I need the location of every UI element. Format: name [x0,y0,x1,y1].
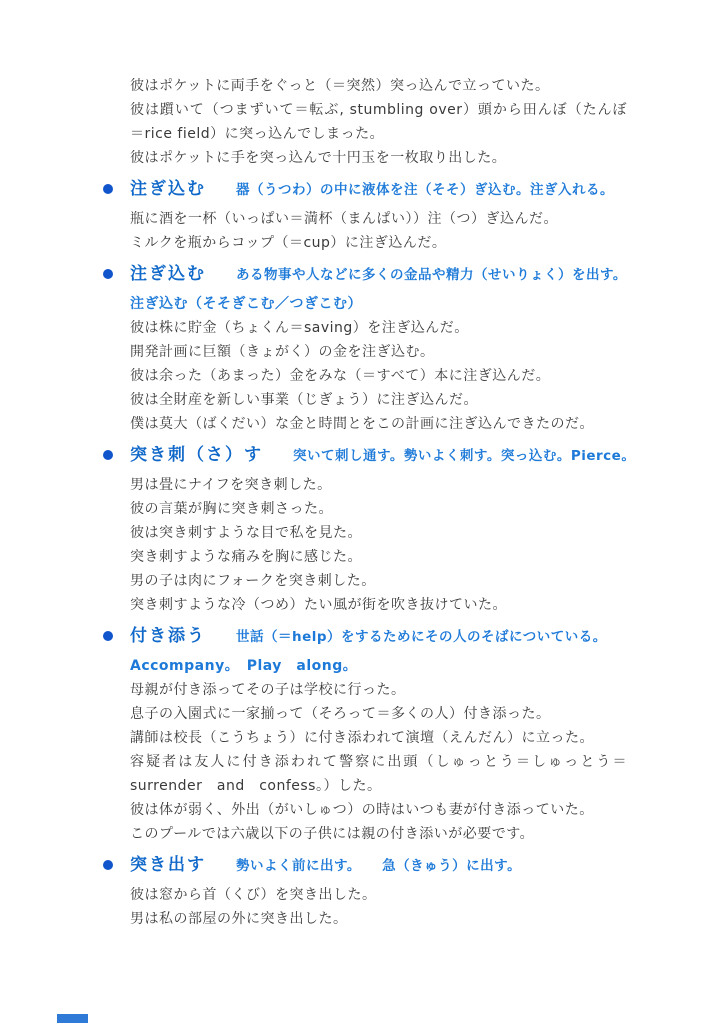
vocab-section: 注ぎ込むある物事や人などに多くの金品や精力（せいりょく）を出す。注ぎ込む（そそぎ… [130,259,627,436]
vocab-section: 突き出す勢いよく前に出す。 急（きゅう）に出す。彼は窓から首（くび）を突き出した… [130,850,627,931]
example-line: ミルクを瓶からコップ（＝cup）に注ぎ込んだ。 [130,231,627,255]
example-line: 息子の入園式に一家揃って（そろって＝多くの人）付き添った。 [130,702,627,726]
bullet-icon [103,450,113,460]
section-definition: 勢いよく前に出す。 急（きゅう）に出す。 [236,858,521,874]
section-note: Accompany。 Play along。 [130,654,627,678]
example-line: 彼は全財産を新しい事業（じぎょう）に注ぎ込んだ。 [130,388,627,412]
section-term: 注ぎ込む [130,264,206,284]
example-line: 男は畳にナイフを突き刺した。 [130,473,627,497]
example-line: 瓶に酒を一杯（いっぱい＝満杯（まんぱい））注（つ）ぎ込んだ。 [130,207,627,231]
example-line: 彼はポケットに両手をぐっと（＝突然）突っ込んで立っていた。 [130,74,627,98]
section-term: 突き刺（さ）す [130,445,263,465]
vocabulary-sections: 注ぎ込む器（うつわ）の中に液体を注（そそ）ぎ込む。注ぎ入れる。瓶に酒を一杯（いっ… [130,174,627,931]
example-line: 開発計画に巨額（きょがく）の金を注ぎ込む。 [130,340,627,364]
section-term: 付き添う [130,626,206,646]
example-line: 彼の言葉が胸に突き刺さった。 [130,497,627,521]
vocab-section: 注ぎ込む器（うつわ）の中に液体を注（そそ）ぎ込む。注ぎ入れる。瓶に酒を一杯（いっ… [130,174,627,255]
example-line: 突き刺すような痛みを胸に感じた。 [130,545,627,569]
example-line: 彼は窓から首（くび）を突き出した。 [130,883,627,907]
example-line: 彼は躓いて（つまずいて＝転ぶ, stumbling over）頭から田んぼ（たん… [130,98,627,146]
section-definition: ある物事や人などに多くの金品や精力（せいりょく）を出す。 [236,267,627,283]
example-line: 彼は余った（あまった）金をみな（＝すべて）本に注ぎ込んだ。 [130,364,627,388]
example-line: 母親が付き添ってその子は学校に行った。 [130,678,627,702]
bullet-icon [103,860,113,870]
example-line: 彼は突き刺すような目で私を見た。 [130,521,627,545]
bullet-icon [103,631,113,641]
bullet-icon [103,184,113,194]
example-line: 彼は体が弱く、外出（がいしゅつ）の時はいつも妻が付き添っていた。 [130,798,627,822]
example-line: 僕は莫大（ばくだい）な金と時間とをこの計画に注ぎ込んできたのだ。 [130,412,627,436]
example-line: このプールでは六歳以下の子供には親の付き添いが必要です。 [130,822,627,846]
section-heading: 付き添う世話（＝help）をするためにその人のそばについている。 [130,621,627,652]
section-heading: 突き刺（さ）す突いて刺し通す。勢いよく刺す。突っ込む。Pierce。 [130,440,627,471]
section-term: 注ぎ込む [130,179,206,199]
section-definition: 突いて刺し通す。勢いよく刺す。突っ込む。Pierce。 [293,448,635,464]
example-line: 講師は校長（こうちょう）に付き添われて演壇（えんだん）に立った。 [130,726,627,750]
section-note: 注ぎ込む（そそぎこむ／つぎこむ） [130,292,627,316]
example-line: 容疑者は友人に付き添われて警察に出頭（しゅっとう＝しゅっとう＝surrender… [130,750,627,798]
page-edge-blue-marker [57,1014,88,1023]
intro-paragraph: 彼はポケットに両手をぐっと（＝突然）突っ込んで立っていた。彼は躓いて（つまずいて… [130,74,627,170]
example-line: 男の子は肉にフォークを突き刺した。 [130,569,627,593]
document-page: { "page": { "background": "#ffffff" }, "… [0,0,724,1023]
section-term: 突き出す [130,855,206,875]
vocab-section: 付き添う世話（＝help）をするためにその人のそばについている。Accompan… [130,621,627,846]
section-heading: 突き出す勢いよく前に出す。 急（きゅう）に出す。 [130,850,627,881]
section-definition: 器（うつわ）の中に液体を注（そそ）ぎ込む。注ぎ入れる。 [236,182,614,198]
bullet-icon [103,269,113,279]
document-content: 彼はポケットに両手をぐっと（＝突然）突っ込んで立っていた。彼は躓いて（つまずいて… [130,74,627,931]
vocab-section: 突き刺（さ）す突いて刺し通す。勢いよく刺す。突っ込む。Pierce。男は畳にナイ… [130,440,627,617]
example-line: 彼はポケットに手を突っ込んで十円玉を一枚取り出した。 [130,146,627,170]
example-line: 突き刺すような冷（つめ）たい風が街を吹き抜けていた。 [130,593,627,617]
example-line: 男は私の部屋の外に突き出した。 [130,907,627,931]
example-line: 彼は株に貯金（ちょくん＝saving）を注ぎ込んだ。 [130,316,627,340]
section-heading: 注ぎ込むある物事や人などに多くの金品や精力（せいりょく）を出す。 [130,259,627,290]
section-heading: 注ぎ込む器（うつわ）の中に液体を注（そそ）ぎ込む。注ぎ入れる。 [130,174,627,205]
section-definition: 世話（＝help）をするためにその人のそばについている。 [236,629,607,645]
